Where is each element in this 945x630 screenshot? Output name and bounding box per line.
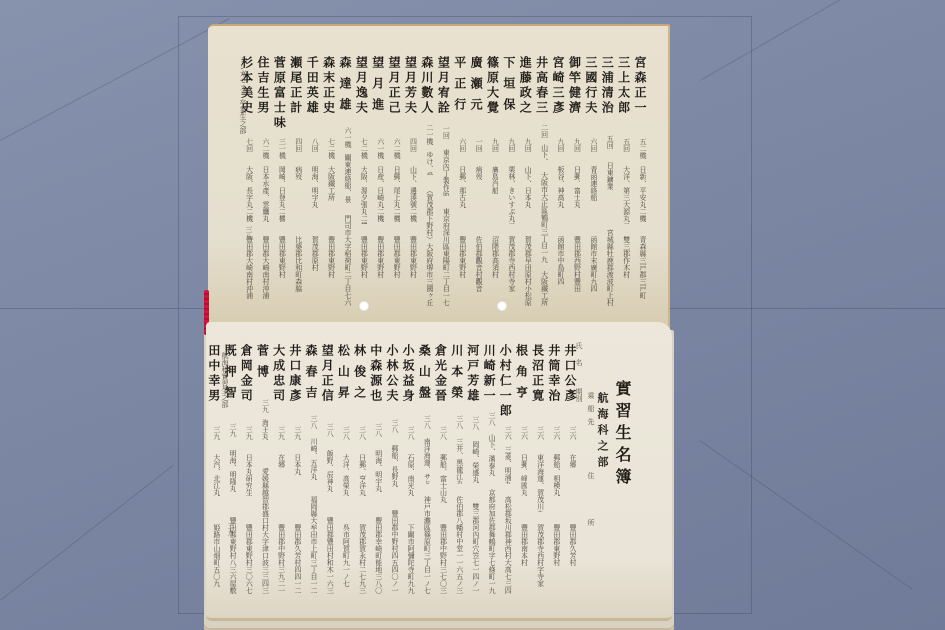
list-item: 瀬尾正計四回病歿比婆郡比和町森脇 xyxy=(285,56,301,306)
list-item: 小坂益身三八石原、南光丸下關市阿彌陀寺町九九 xyxy=(398,344,414,594)
entry-ship: 日郵、亨洋丸 xyxy=(349,454,365,512)
list-item: 森達雄六一機關東連絡船、景福丸門司市大字稻荷町二丁目七六 xyxy=(335,56,351,306)
entry-name: 田中幸男 xyxy=(204,344,220,418)
entry-address: 青森縣三戸郡三戸町 xyxy=(630,236,646,299)
entry-address: 豐田郡東野村 xyxy=(384,236,400,278)
entry-ship: 廣島汽船 xyxy=(482,166,498,224)
list-item: 御竿健濟九回日郵、富士丸豐田郡西野村豐田 xyxy=(564,56,580,306)
entry-term: 九回 xyxy=(498,138,514,160)
entry-address: 賀茂郡寺西村字寺家 xyxy=(527,524,543,587)
list-item: 倉岡金司三九日本丸研究生豐田郡東野村三〇六七 xyxy=(236,344,252,594)
list-item: 三上太郎五回大洋、第三大源丸二機雙三郡作木村 xyxy=(613,56,629,306)
entry-term: 一回 xyxy=(466,138,482,160)
entry-ship: 海王丸 xyxy=(252,419,268,456)
entry-name: 森川數人 xyxy=(417,56,433,116)
list-item: 中森源也三八明海、明宇丸豐田郡幸崎町能地三八〇 xyxy=(366,344,382,594)
entry-ship: 明海、明宇丸 xyxy=(366,450,382,505)
entry-name: 三上太郎 xyxy=(613,56,629,130)
list-item: 井高春三二回山下、日本丸大阪市大正區鶴町三丁目一九 大阪鐵工所 xyxy=(531,56,547,306)
entry-name: 小村仁一郎 xyxy=(495,344,511,418)
entry-address: 比婆郡比和町森脇 xyxy=(285,236,301,292)
list-item: 森春吉三八川崎、五洋丸福岡縣大牟田市上町三丁目一二 xyxy=(301,344,317,594)
entry-address: 賀茂郡寺西村寺家 xyxy=(498,236,514,292)
entry-name: 住吉生男 xyxy=(253,56,269,130)
entry-ship: 山下、日本丸 xyxy=(531,144,547,160)
entry-ship: 日本丸研究生 xyxy=(236,454,252,512)
entry-address: 函館市末廣町九四 xyxy=(580,236,596,292)
entry-term: 六一機 xyxy=(335,127,351,148)
entry-address: 豐田郡大崎南村沖浦 xyxy=(253,236,269,299)
bottom-page-entries: 井口公彥三六在郷豐田郡久芳村井筒幸治三六郵船、相模丸豐田郡東野村長沼正寛三六東洋… xyxy=(204,344,576,594)
entry-name: 森末正史 xyxy=(318,56,334,130)
entry-name: 林俊之 xyxy=(349,344,365,418)
entry-ship: 大汽、北江丸 xyxy=(204,454,220,512)
entry-term: 二回 xyxy=(531,124,547,138)
entry-term: 七二機 xyxy=(318,138,334,160)
entry-name: 三國行夫 xyxy=(580,56,596,130)
list-item: 森末正史七二機大阪鐵工所豐田郡東野村 xyxy=(318,56,334,306)
entry-ship: 大阪、渥夕張丸二機 xyxy=(351,166,367,224)
entry-term: 三八 xyxy=(366,423,382,444)
entry-name: 宮崎三彥 xyxy=(548,56,564,130)
entry-ship: 明海、明宇丸 xyxy=(302,166,318,224)
entry-address: 賀茂郡原村 xyxy=(302,236,318,271)
entry-term: 二一機 xyxy=(417,124,433,145)
entry-address: 東京府深川區東陽町二丁目一七 xyxy=(433,208,449,306)
top-page-entries: 宮森正一五二機日新、平安丸二機青森縣三戸郡三戸町三上太郎五回大洋、第三大源丸二機… xyxy=(236,56,646,306)
entry-ship: 岡崎、日登丸二機 xyxy=(269,166,285,224)
entry-name: 望月芳夫 xyxy=(400,56,416,130)
entry-name: 平正行 xyxy=(449,56,465,130)
entry-name: 根角亨 xyxy=(511,344,527,418)
entry-address: 豐田郡東野村 xyxy=(449,236,465,278)
entry-term: 五回 xyxy=(597,135,613,156)
entry-ship: 岡崎、榮盛丸 xyxy=(463,441,479,491)
entry-name: 河戸芳雄 xyxy=(463,344,479,408)
entry-ship: 在郷 xyxy=(268,454,284,512)
list-item: 望月正信三八飯野、辰神丸豐田郡豐田村和木一六三 xyxy=(317,344,333,594)
entry-name: 森達雄 xyxy=(335,56,351,119)
entry-address: 豐田郡東野村 xyxy=(269,236,285,278)
entry-name: 中森源也 xyxy=(366,344,382,415)
entry-ship: 飯野、辰神丸 xyxy=(317,450,333,505)
entry-name: 廣瀬元 xyxy=(466,56,482,130)
list-item: 菅原富士味三一機岡崎、日登丸二機豐田郡東野村 xyxy=(269,56,285,306)
entry-term: 三八 xyxy=(349,426,365,448)
entry-name: 桑山盤 xyxy=(414,344,430,407)
entry-ship: 病歿 xyxy=(285,166,301,224)
list-item: 松山昇三八大洋、高榮丸呉市阿賀町九一ノ七 xyxy=(333,344,349,594)
page-number-top: 三八 xyxy=(244,226,254,240)
entry-term: 七二機 xyxy=(351,138,367,160)
entry-address: 豐田郡東野村 xyxy=(367,236,383,278)
entry-name: 下垣保 xyxy=(498,56,514,130)
entry-term: 三九 xyxy=(236,426,252,448)
entry-address: 函館市中島町四 xyxy=(548,236,564,285)
entry-term: 六二機 xyxy=(384,138,400,160)
entry-term: 三八 xyxy=(479,412,495,428)
entry-address: 豐田郡東野村 xyxy=(400,236,416,278)
list-item: 大成忠司三九在郷豐田郡中野村三九二一 xyxy=(268,344,284,594)
entry-name: 井口康彥 xyxy=(285,344,301,418)
list-item: 田中幸男三九大汽、北江丸姫路市山畑町五〇九 xyxy=(204,344,220,594)
entry-ship: 大阪、長字丸二機 xyxy=(236,166,252,224)
entry-term: 九回 xyxy=(482,138,498,160)
entry-ship: 石原、南光丸 xyxy=(398,454,414,512)
entry-term: 六一機 xyxy=(367,138,383,160)
entry-address: 神戸市灘區篠原町三丁目一ノ七 xyxy=(414,496,430,594)
list-item: 桑山盤三八南洋海運、サドラ丸神戸市灘區篠原町三丁目一ノ七 xyxy=(414,344,430,594)
list-item: 三國行夫六回青函連絡船函館市末廣町九四 xyxy=(580,56,596,306)
entry-ship: 日郵、尾上丸二機 xyxy=(384,166,400,224)
entry-term: 三六 xyxy=(544,426,560,448)
entry-address: 豐田郡豐田村和木一六三 xyxy=(317,517,333,594)
entry-name: 望月進 xyxy=(367,56,383,130)
entry-address: 豐田郡幸崎町能地三八〇 xyxy=(366,517,382,594)
entry-address: 豐田郡南本村 xyxy=(511,524,527,566)
list-item: 根角亨三六日郵、峰國丸豐田郡南本村 xyxy=(511,344,527,594)
entry-address: 豐田郡久芳村四四一二 xyxy=(285,524,301,594)
bottom-footer-label: 航海科實習生之部 xyxy=(220,352,230,408)
entry-address: 姫路市山畑町五〇九 xyxy=(204,524,220,587)
entry-address: 雙三郡作木村 xyxy=(613,236,629,278)
entry-term: 三八 xyxy=(382,419,398,439)
entry-term: 三九 xyxy=(220,423,236,444)
entry-name: 宮森正一 xyxy=(630,56,646,130)
entry-ship: 病歿 xyxy=(466,166,482,224)
header-ship: 乘船先 xyxy=(586,392,596,431)
entry-term: 三九 xyxy=(268,426,284,448)
entry-name: 小林公夫 xyxy=(382,344,398,411)
entry-address: 豐田郡西野村豐田 xyxy=(564,236,580,292)
entry-name: 望月逸夫 xyxy=(351,56,367,130)
list-item: 菅博三九海王丸愛媛縣越智郡盛口村大字津口波三三四三 xyxy=(252,344,268,594)
list-item: 望月芳夫四回山下、邊湊號二機豐田郡東野村 xyxy=(400,56,416,306)
entry-term: 四回 xyxy=(285,138,301,160)
list-item: 倉光金晉三八郵船、富士山丸豐田郡中野村三七〇三 xyxy=(430,344,446,594)
list-item: 宮森正一五二機日新、平安丸二機青森縣三戸郡三戸町 xyxy=(630,56,646,306)
entry-name: 井高春三 xyxy=(531,56,547,116)
entry-ship: 栗林、きいすぷ丸二機 xyxy=(498,166,514,224)
entry-term: 三九 xyxy=(204,426,220,448)
entry-ship: 郵船、富士山丸 xyxy=(430,454,446,512)
entry-address: 佐伯郡八幡村中堂一一六五ノ三 xyxy=(447,496,463,594)
entry-term: 三六 xyxy=(495,426,511,440)
section-title: 航海科之部 xyxy=(594,392,610,472)
list-item: 川本榮三八三井、黑龍江丸佐伯郡八幡村中堂一一六五ノ三 xyxy=(447,344,463,594)
entry-address: 福岡縣大牟田市上町三丁目一二 xyxy=(301,496,317,594)
list-item: 林俊之三八日郵、亨洋丸賀茂郡賀永村二七九三 xyxy=(349,344,365,594)
entry-name: 進藤政之 xyxy=(515,56,531,130)
document-title: 實習生名簿 xyxy=(611,380,634,490)
entry-name: 松山昇 xyxy=(333,344,349,418)
entry-address: 賀茂郡賀永村二七九三 xyxy=(349,524,365,594)
top-footer-label: ミシガモス 卒業生之部 xyxy=(238,56,248,134)
entry-address: 豐田郡大崎南村沖浦 xyxy=(236,236,252,299)
entry-ship: 關東連絡船、景福丸 xyxy=(335,154,351,203)
list-item: 望月宥詮一回東京內丁製作所東京府深川區東陽町二丁目一七 xyxy=(433,56,449,306)
entry-name: 大成忠司 xyxy=(268,344,284,418)
entry-name: 川崎新一 xyxy=(479,344,495,404)
entry-term: 六回 xyxy=(449,138,465,160)
entry-ship: 山下、滿泰丸 xyxy=(479,434,495,477)
entry-ship: 青函連絡船 xyxy=(580,166,596,224)
entry-address: 呉市阿賀町九一ノ七 xyxy=(333,524,349,587)
entry-name: 井筒幸治 xyxy=(544,344,560,418)
list-item: 三浦清治五回日東鑛業宮城縣牡鹿郡渡波町上村 xyxy=(597,56,613,306)
entry-term: 三九 xyxy=(252,399,268,413)
entry-ship: ゆけ、受驗中 xyxy=(417,151,433,175)
entry-ship: 郵船、長野丸 xyxy=(382,445,398,498)
entry-term: 六二機 xyxy=(253,138,269,160)
entry-name: 小坂益身 xyxy=(398,344,414,418)
entry-name: 御竿健濟 xyxy=(564,56,580,130)
entry-address: 豐田郡東野村 xyxy=(351,236,367,278)
entry-term: 三八 xyxy=(398,426,414,448)
entry-term: 三六 xyxy=(527,426,543,448)
entry-address: 門司市大字稻荷町二丁目七六 xyxy=(335,215,351,306)
entry-ship: 板谷、神高丸 xyxy=(548,166,564,224)
entry-address: 下關市阿彌陀寺町九九 xyxy=(398,524,414,594)
entry-ship: 川崎、五洋丸 xyxy=(301,438,317,484)
page-number-bottom: 三九 xyxy=(226,522,236,536)
entry-ship: 在郷 xyxy=(560,454,576,512)
entry-term: 四回 xyxy=(400,138,416,160)
entry-term: 六回 xyxy=(580,138,596,160)
list-item: 小林公夫三八郵船、長野丸豐田郡中野村四五四〇ノ一 xyxy=(382,344,398,594)
list-item: 進藤政之九回山下、日本丸賀茂郡早田原村小松原 xyxy=(515,56,531,306)
entry-term: 九回 xyxy=(515,138,531,160)
entry-ship: 日新、平安丸二機 xyxy=(630,166,646,224)
page-bottom: 實習生名簿 航海科之部 氏名 期別 乘船先 住所 井口公彥三六在郷豐田郡久芳村井… xyxy=(206,322,672,621)
entry-term: 三九 xyxy=(285,426,301,448)
entry-term: 八回 xyxy=(302,138,318,160)
list-item: 井口公彥三六在郷豐田郡久芳村 xyxy=(560,344,576,594)
entry-address: 豐田郡中野村三七〇三 xyxy=(430,524,446,594)
entry-address: 豐田郡久芳村 xyxy=(560,524,576,566)
entry-term: 三六 xyxy=(560,426,576,448)
list-item: 望月正己六二機日郵、尾上丸二機豐田郡東野村 xyxy=(384,56,400,306)
list-item: 河戸芳雄三八岡崎、榮盛丸雙三郡河內町穴笠七一四ノ一 xyxy=(463,344,479,594)
list-item: 小村仁一郎三六三菱、明浦丸高松郡坂川郡神西村大高七三四 xyxy=(495,344,511,594)
binding-hole xyxy=(496,300,508,312)
entry-ship: 三菱、明浦丸 xyxy=(495,446,511,484)
entry-name: 長沼正寛 xyxy=(527,344,543,418)
entry-name: 篠原大覺 xyxy=(482,56,498,130)
list-item: 下垣保九回栗林、きいすぷ丸二機賀茂郡寺西村寺家 xyxy=(498,56,514,306)
entry-ship: 日郵、富士丸 xyxy=(564,166,580,224)
entry-term: 一回 xyxy=(433,125,449,143)
entry-name: 森春吉 xyxy=(301,344,317,407)
list-item: 住吉生男六二機日本水產、雲鷹丸豐田郡大崎南村沖浦 xyxy=(253,56,269,306)
entry-term: 三八 xyxy=(447,415,463,432)
entry-ship: 日本水產、雲鷹丸 xyxy=(253,166,269,224)
entry-term: 三一機 xyxy=(269,138,285,160)
list-item: 森川數人二一機ゆけ、受驗中（賀茂郡下野村）大阪府堺市三國ヶ丘 xyxy=(417,56,433,306)
entry-name: 三浦清治 xyxy=(597,56,613,127)
background-diagonal xyxy=(0,465,174,601)
page-top: 宮森正一五二機日新、平安丸二機青森縣三戸郡三戸町三上太郎五回大洋、第三大源丸二機… xyxy=(208,24,670,330)
entry-term: 九回 xyxy=(548,138,564,160)
entry-address: 沼隈郡高須村 xyxy=(482,236,498,278)
entry-ship: 三井、黑龍江丸 xyxy=(447,438,463,484)
list-item: 井口康彥三九日本丸豐田郡久芳村四四一二 xyxy=(285,344,301,594)
entry-address: 宮城縣牡鹿郡渡波町上村 xyxy=(597,229,613,306)
entry-address: 賀茂郡早田原村小松原 xyxy=(515,236,531,306)
entry-ship: 東洋海運、賀茂川丸 xyxy=(527,454,543,512)
list-item: 井筒幸治三六郵船、相模丸豐田郡東野村 xyxy=(544,344,560,594)
entry-address: 豐田郡東野村 xyxy=(544,524,560,566)
entry-name: 菅原富士味 xyxy=(269,56,285,130)
entry-address: 豐田郡東野村 xyxy=(318,236,334,278)
entry-ship: 日郵、峰國丸 xyxy=(511,454,527,512)
entry-ship: 郵船、相模丸 xyxy=(544,454,560,512)
binding-hole xyxy=(358,300,370,312)
entry-name: 倉光金晉 xyxy=(430,344,446,418)
entry-name: 千田英雄 xyxy=(302,56,318,130)
entry-term: 三八 xyxy=(333,426,349,448)
list-item: 長沼正寛三六東洋海運、賀茂川丸賀茂郡寺西村字寺家 xyxy=(527,344,543,594)
entry-address: 豐田郡中野村三九二一 xyxy=(268,524,284,594)
entry-ship: 南洋海運、サドラ丸 xyxy=(414,438,430,484)
list-item: 篠原大覺九回廣島汽船沼隈郡高須村 xyxy=(482,56,498,306)
entry-ship: 大阪鐵工所 xyxy=(318,166,334,224)
entry-term: 三八 xyxy=(414,415,430,432)
entry-name: 倉岡金司 xyxy=(236,344,252,418)
list-item: 宮崎三彥九回板谷、神高丸函館市中島町四 xyxy=(548,56,564,306)
entry-name: 川本榮 xyxy=(447,344,463,407)
entry-term: 三八 xyxy=(463,416,479,435)
entry-ship: 明海、明隆丸 xyxy=(220,450,236,505)
entry-address: （賀茂郡下野村）大阪府堺市三國ヶ丘 xyxy=(417,187,433,306)
entry-ship: 日産、日崎丸二機 xyxy=(367,166,383,224)
list-item: 望月逸夫七二機大阪、渥夕張丸二機豐田郡東野村 xyxy=(351,56,367,306)
entry-address: 雙三郡河內町穴笠七一四ノ一 xyxy=(463,503,479,594)
entry-term: 三八 xyxy=(301,415,317,432)
entry-term: 三八 xyxy=(430,426,446,448)
entry-ship: 日郵、那古丸 xyxy=(449,166,465,224)
entry-name: 瀬尾正計 xyxy=(285,56,301,130)
entry-address: 豐田郡中野村四五四〇ノ一 xyxy=(382,510,398,594)
entry-term: 五二機 xyxy=(630,138,646,160)
entry-address: 豐田郡東野村三〇六七 xyxy=(236,524,252,594)
entry-address: 京都府加佐郡舞鶴町字七條町一九 xyxy=(479,489,495,594)
entry-term: 九回 xyxy=(564,138,580,160)
list-item: 川崎新一三八山下、滿泰丸京都府加佐郡舞鶴町字七條町一九 xyxy=(479,344,495,594)
list-item: 廣瀬元一回病歿佐伯郡觀音村觀音 xyxy=(466,56,482,306)
header-address: 住所 xyxy=(586,472,596,566)
entry-ship: 大洋、高榮丸 xyxy=(333,454,349,512)
entry-term: 五回 xyxy=(613,138,629,160)
entry-ship: 山下、日本丸 xyxy=(515,166,531,224)
entry-term: 三八 xyxy=(317,423,333,444)
entry-ship: 山下、邊湊號二機 xyxy=(400,166,416,224)
entry-ship: 日本丸 xyxy=(285,454,301,512)
entry-ship: 東京內丁製作所 xyxy=(433,149,449,196)
entry-ship: 日東鑛業 xyxy=(597,162,613,217)
list-item: 平正行六回日郵、那古丸豐田郡東野村 xyxy=(449,56,465,306)
entry-address: 佐伯郡觀音村觀音 xyxy=(466,236,482,292)
list-item: 千田英雄八回明海、明宇丸賀茂郡原村 xyxy=(302,56,318,306)
entry-name: 菅博 xyxy=(252,344,268,391)
entry-address: 愛媛縣越智郡盛口村大字津口波三三四三 xyxy=(252,468,268,594)
entry-term: 三六 xyxy=(511,426,527,448)
entry-name: 望月宥詮 xyxy=(433,56,449,117)
list-item: 望月進六一機日産、日崎丸二機豐田郡東野村 xyxy=(367,56,383,306)
entry-ship: 大洋、第三大源丸二機 xyxy=(613,166,629,224)
entry-term: 七回 xyxy=(236,138,252,160)
entry-address: 大阪市大正區鶴町三丁目一九 大阪鐵工所 xyxy=(531,172,547,306)
entry-name: 望月正信 xyxy=(317,344,333,415)
entry-name: 井口公彥 xyxy=(560,344,576,418)
entry-name: 望月正己 xyxy=(384,56,400,130)
entry-address: 高松郡坂川郡神西村大高七三四 xyxy=(495,496,511,594)
